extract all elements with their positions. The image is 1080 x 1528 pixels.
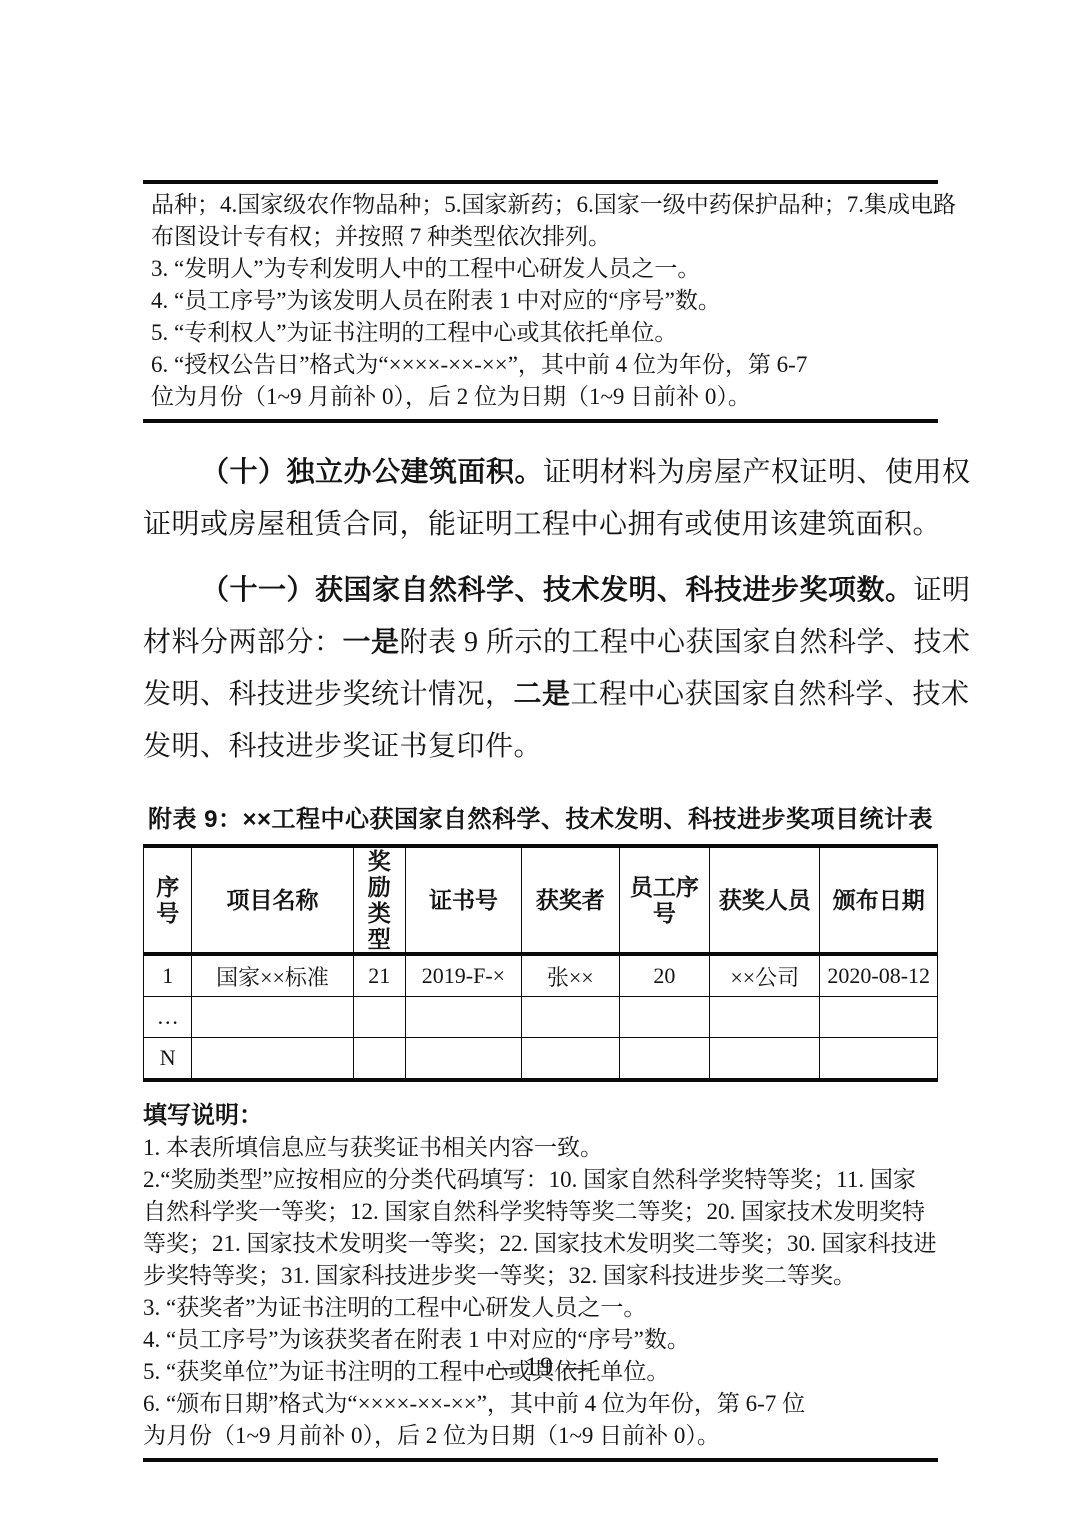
text-line: 等奖；21. 国家技术发明奖一等奖；22. 国家技术发明奖二等奖；30. 国家科… — [143, 1228, 938, 1260]
column-header: 项目名称 — [192, 846, 353, 954]
paragraph-11-national-awards: （十一）获国家自然科学、技术发明、科技进步奖项数。证明材料分两部分：一是附表 9… — [143, 565, 938, 773]
column-header: 获奖者 — [521, 846, 619, 954]
text-line: 6. “授权公告日”格式为“××××-××-××”，其中前 4 位为年份，第 6… — [151, 349, 934, 381]
table-cell — [820, 997, 938, 1038]
table-header-row: 序号项目名称奖励类型证书号获奖者员工序号获奖人员颁布日期 — [144, 846, 938, 954]
column-header: 员工序号 — [619, 846, 710, 954]
bold-text-run: 二是 — [514, 679, 571, 710]
fill-instructions-title: 填写说明： — [143, 1095, 938, 1130]
table-cell — [521, 1038, 619, 1081]
table-cell — [192, 1038, 353, 1081]
text-line: （十一）获国家自然科学、技术发明、科技进步奖项数。证明 — [143, 565, 938, 617]
bold-text-run: （十）独立办公建筑面积。 — [201, 457, 543, 488]
table-cell: N — [144, 1038, 192, 1081]
text-line: 6. “颁布日期”格式为“××××-××-××”，其中前 4 位为年份，第 6-… — [143, 1388, 938, 1420]
award-statistics-table: 序号项目名称奖励类型证书号获奖者员工序号获奖人员颁布日期 1国家××标准2120… — [143, 844, 938, 1082]
text-run: 证明或房屋租赁合同，能证明工程中心拥有或使用该建筑面积。 — [143, 509, 941, 540]
table-cell: 2019-F-× — [405, 954, 521, 997]
text-line: 3. “发明人”为专利发明人中的工程中心研发人员之一。 — [151, 253, 934, 285]
text-line: 1. 本表所填信息应与获奖证书相关内容一致。 — [143, 1132, 938, 1164]
table-cell — [405, 1038, 521, 1081]
table-cell — [521, 997, 619, 1038]
column-header: 奖励类型 — [353, 846, 405, 954]
text-run: 证明 — [914, 575, 971, 606]
text-line: 步奖特等奖；31. 国家科技进步奖一等奖；32. 国家科技进步奖二等奖。 — [143, 1260, 938, 1292]
text-line: 自然科学奖一等奖；12. 国家自然科学奖特等奖二等奖；20. 国家技术发明奖特 — [143, 1196, 938, 1228]
table9-title: 附表 9：××工程中心获国家自然科学、技术发明、科技进步奖项目统计表 — [143, 799, 938, 834]
text-run: 发明、科技进步奖统计情况， — [143, 679, 514, 710]
text-run: 工程中心获国家自然科学、技术 — [571, 679, 970, 710]
table-cell — [710, 997, 820, 1038]
text-line: 4. “员工序号”为该发明人员在附表 1 中对应的“序号”数。 — [151, 285, 934, 317]
table-row: 1国家××标准212019-F-×张××20××公司2020-08-12 — [144, 954, 938, 997]
table-cell — [619, 1038, 710, 1081]
patent-table-notes-box: 品种；4.国家级农作物品种；5.国家新药；6.国家一级中药保护品种；7.集成电路… — [143, 180, 938, 423]
bold-text-run: 一是 — [343, 627, 400, 658]
table-cell — [405, 997, 521, 1038]
column-header: 序号 — [144, 846, 192, 954]
text-run: 材料分两部分： — [143, 627, 343, 658]
page-content: 品种；4.国家级农作物品种；5.国家新药；6.国家一级中药保护品种；7.集成电路… — [143, 180, 938, 1462]
table-cell — [353, 1038, 405, 1081]
table-cell — [710, 1038, 820, 1081]
column-header: 颁布日期 — [820, 846, 938, 954]
table-cell: 国家××标准 — [192, 954, 353, 997]
text-line: 为月份（1~9 月前补 0），后 2 位为日期（1~9 日前补 0）。 — [143, 1420, 938, 1452]
document-page: 品种；4.国家级农作物品种；5.国家新药；6.国家一级中药保护品种；7.集成电路… — [0, 0, 1080, 1528]
table-cell: 张×× — [521, 954, 619, 997]
text-line: 品种；4.国家级农作物品种；5.国家新药；6.国家一级中药保护品种；7.集成电路 — [151, 189, 934, 221]
text-run: 附表 9 所示的工程中心获国家自然科学、技术 — [400, 627, 971, 658]
text-line: 位为月份（1~9 月前补 0），后 2 位为日期（1~9 日前补 0）。 — [151, 381, 934, 413]
table-cell — [619, 997, 710, 1038]
table-body: 1国家××标准212019-F-×张××20××公司2020-08-12…N — [144, 954, 938, 1080]
text-line: 发明、科技进步奖统计情况，二是工程中心获国家自然科学、技术 — [143, 669, 938, 721]
table-row: … — [144, 997, 938, 1038]
column-header: 获奖人员 — [710, 846, 820, 954]
table-cell: ××公司 — [710, 954, 820, 997]
text-line: 证明或房屋租赁合同，能证明工程中心拥有或使用该建筑面积。 — [143, 499, 938, 551]
table-cell — [353, 997, 405, 1038]
text-line: 5. “专利权人”为证书注明的工程中心或其依托单位。 — [151, 317, 934, 349]
table-cell: 20 — [619, 954, 710, 997]
table-cell: 1 — [144, 954, 192, 997]
fill-instructions-box: 1. 本表所填信息应与获奖证书相关内容一致。2.“奖励类型”应按相应的分类代码填… — [143, 1132, 938, 1462]
table-cell: 21 — [353, 954, 405, 997]
table-cell — [192, 997, 353, 1038]
page-number: — 19 — — [0, 1352, 1080, 1382]
bold-text-run: （十一）获国家自然科学、技术发明、科技进步奖项数。 — [201, 575, 914, 606]
text-line: （十）独立办公建筑面积。证明材料为房屋产权证明、使用权 — [143, 447, 938, 499]
table-row: N — [144, 1038, 938, 1081]
text-line: 2.“奖励类型”应按相应的分类代码填写：10. 国家自然科学奖特等奖；11. 国… — [143, 1164, 938, 1196]
table-cell: 2020-08-12 — [820, 954, 938, 997]
text-run: 发明、科技进步奖证书复印件。 — [143, 731, 542, 762]
table-cell: … — [144, 997, 192, 1038]
paragraph-10-office-area: （十）独立办公建筑面积。证明材料为房屋产权证明、使用权证明或房屋租赁合同，能证明… — [143, 447, 938, 551]
text-line: 材料分两部分：一是附表 9 所示的工程中心获国家自然科学、技术 — [143, 617, 938, 669]
text-run: 证明材料为房屋产权证明、使用权 — [543, 457, 971, 488]
text-line: 发明、科技进步奖证书复印件。 — [143, 721, 938, 773]
table-cell — [820, 1038, 938, 1081]
text-line: 3. “获奖者”为证书注明的工程中心研发人员之一。 — [143, 1292, 938, 1324]
text-line: 布图设计专有权；并按照 7 种类型依次排列。 — [151, 221, 934, 253]
column-header: 证书号 — [405, 846, 521, 954]
